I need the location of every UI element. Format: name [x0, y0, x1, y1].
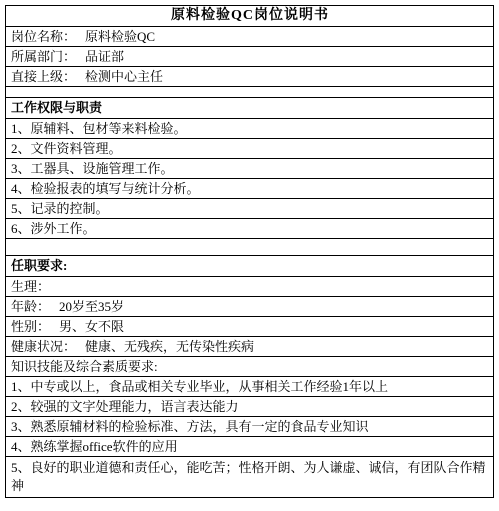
age-label: 年龄：	[11, 299, 50, 314]
requirement-item: 3、熟悉原辅材料的检验标准、方法，具有一定的食品专业知识	[6, 416, 493, 436]
direct-superior-value: 检测中心主任	[85, 69, 163, 84]
spacer-row	[6, 238, 493, 255]
requirement-item: 2、较强的文字处理能力，语言表达能力	[6, 396, 493, 416]
position-name-value: 原料检验QC	[85, 29, 155, 44]
requirement-item: 5、良好的职业道德和责任心，能吃苦；性格开朗、为人谦虚、诚信，有团队合作精神	[6, 456, 493, 497]
field-row-position-name: 岗位名称：原料检验QC	[6, 26, 493, 46]
spacer-row	[6, 86, 493, 97]
duty-item: 5、记录的控制。	[6, 198, 493, 218]
duty-item: 6、涉外工作。	[6, 218, 493, 238]
direct-superior-label: 直接上级：	[11, 69, 76, 84]
field-row-direct-superior: 直接上级：检测中心主任	[6, 66, 493, 86]
field-row-knowledge: 知识技能及综合素质要求:	[6, 356, 493, 376]
health-value: 健康、无残疾，无传染性疾病	[85, 339, 254, 354]
requirement-item: 1、中专或以上，食品或相关专业毕业，从事相关工作经验1年以上	[6, 376, 493, 396]
field-row-physical: 生理：	[6, 276, 493, 296]
gender-label: 性别：	[11, 319, 50, 334]
requirement-item: 4、熟练掌握office软件的应用	[6, 436, 493, 456]
requirements-section-header: 任职要求:	[6, 255, 493, 276]
duty-item: 2、文件资料管理。	[6, 138, 493, 158]
duties-section-header: 工作权限与职责	[6, 97, 493, 118]
field-row-gender: 性别：男、女不限	[6, 316, 493, 336]
position-name-label: 岗位名称：	[11, 29, 76, 44]
department-value: 品证部	[85, 49, 124, 64]
field-row-department: 所属部门：品证部	[6, 46, 493, 66]
gender-value: 男、女不限	[59, 319, 124, 334]
duty-item: 1、原辅料、包材等来料检验。	[6, 118, 493, 138]
field-row-age: 年龄：20岁至35岁	[6, 296, 493, 316]
duty-item: 4、检验报表的填写与统计分析。	[6, 178, 493, 198]
age-value: 20岁至35岁	[59, 299, 124, 314]
job-description-table: 原料检验QC岗位说明书 岗位名称：原料检验QC 所属部门：品证部 直接上级：检测…	[5, 5, 494, 498]
duty-item: 3、工器具、设施管理工作。	[6, 158, 493, 178]
document-title: 原料检验QC岗位说明书	[6, 6, 493, 26]
department-label: 所属部门：	[11, 49, 76, 64]
physical-label: 生理：	[11, 279, 50, 294]
health-label: 健康状况：	[11, 339, 76, 354]
field-row-health: 健康状况：健康、无残疾，无传染性疾病	[6, 336, 493, 356]
knowledge-label: 知识技能及综合素质要求:	[11, 359, 158, 374]
